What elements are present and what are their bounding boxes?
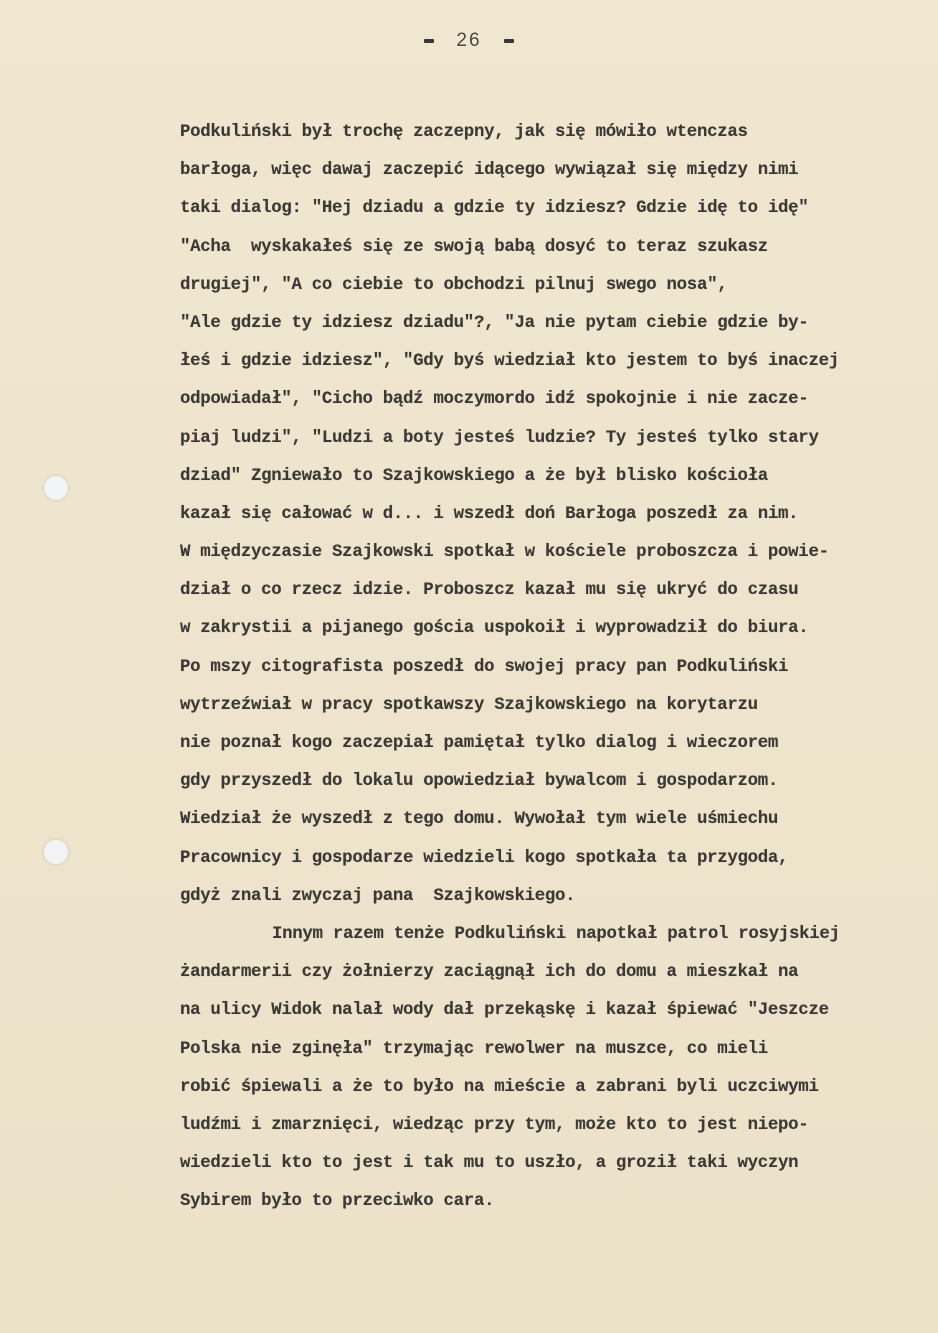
text-line: Po mszy citografista poszedł do swojej p… [180, 649, 930, 687]
text-line: Pracownicy i gospodarze wiedzieli kogo s… [180, 840, 930, 878]
text-line: dział o co rzecz idzie. Proboszcz kazał … [180, 572, 930, 610]
text-line: barłoga, więc dawaj zaczepić idącego wyw… [180, 152, 930, 190]
text-line: Innym razem tenże Podkuliński napotkał p… [180, 916, 930, 954]
text-line: "Ale gdzie ty idziesz dziadu"?, "Ja nie … [180, 305, 930, 343]
text-line: żandarmerii czy żołnierzy zaciągnął ich … [180, 954, 930, 992]
dash-right [504, 39, 514, 43]
text-line: gdy przyszedł do lokalu opowiedział bywa… [180, 763, 930, 801]
paragraph-1: Podkuliński był trochę zaczepny, jak się… [180, 114, 930, 916]
text-line: łeś i gdzie idziesz", "Gdy byś wiedział … [180, 343, 930, 381]
typewritten-text: Podkuliński był trochę zaczepny, jak się… [180, 114, 930, 1221]
text-line: nie poznał kogo zaczepiał pamiętał tylko… [180, 725, 930, 763]
text-line: Polska nie zginęła" trzymając rewolwer n… [180, 1031, 930, 1069]
text-line: Wiedział że wyszedł z tego domu. Wywołał… [180, 801, 930, 839]
text-line: drugiej", "A co ciebie to obchodzi pilnu… [180, 267, 930, 305]
page-number: 26 [0, 30, 938, 53]
text-line: Sybirem było to przeciwko cara. [180, 1183, 930, 1221]
text-line: kazał się całować w d... i wszedł doń Ba… [180, 496, 930, 534]
punch-hole-top [44, 476, 68, 500]
text-line: W międzyczasie Szajkowski spotkał w kośc… [180, 534, 930, 572]
text-line: na ulicy Widok nalał wody dał przekąskę … [180, 992, 930, 1030]
dash-left [424, 39, 434, 43]
text-line: gdyż znali zwyczaj pana Szajkowskiego. [180, 878, 930, 916]
text-line: "Acha wyskakałeś się ze swoją babą dosyć… [180, 229, 930, 267]
text-line: piaj ludzi", "Ludzi a boty jesteś ludzie… [180, 420, 930, 458]
paragraph-2: Innym razem tenże Podkuliński napotkał p… [180, 916, 930, 1222]
punch-hole-bottom [44, 840, 68, 864]
text-line: wiedzieli kto to jest i tak mu to uszło,… [180, 1145, 930, 1183]
text-line: Podkuliński był trochę zaczepny, jak się… [180, 114, 930, 152]
page-number-value: 26 [456, 30, 481, 51]
text-line: w zakrystii a pijanego gościa uspokoił i… [180, 610, 930, 648]
text-line: wytrzeźwiał w pracy spotkawszy Szajkowsk… [180, 687, 930, 725]
text-line: robić śpiewali a że to było na mieście a… [180, 1069, 930, 1107]
text-line: taki dialog: "Hej dziadu a gdzie ty idzi… [180, 190, 930, 228]
text-line: ludźmi i zmarznięci, wiedząc przy tym, m… [180, 1107, 930, 1145]
text-line: dziad" Zgniewało to Szajkowskiego a że b… [180, 458, 930, 496]
text-line: odpowiadał", "Cicho bądź moczymordo idź … [180, 381, 930, 419]
